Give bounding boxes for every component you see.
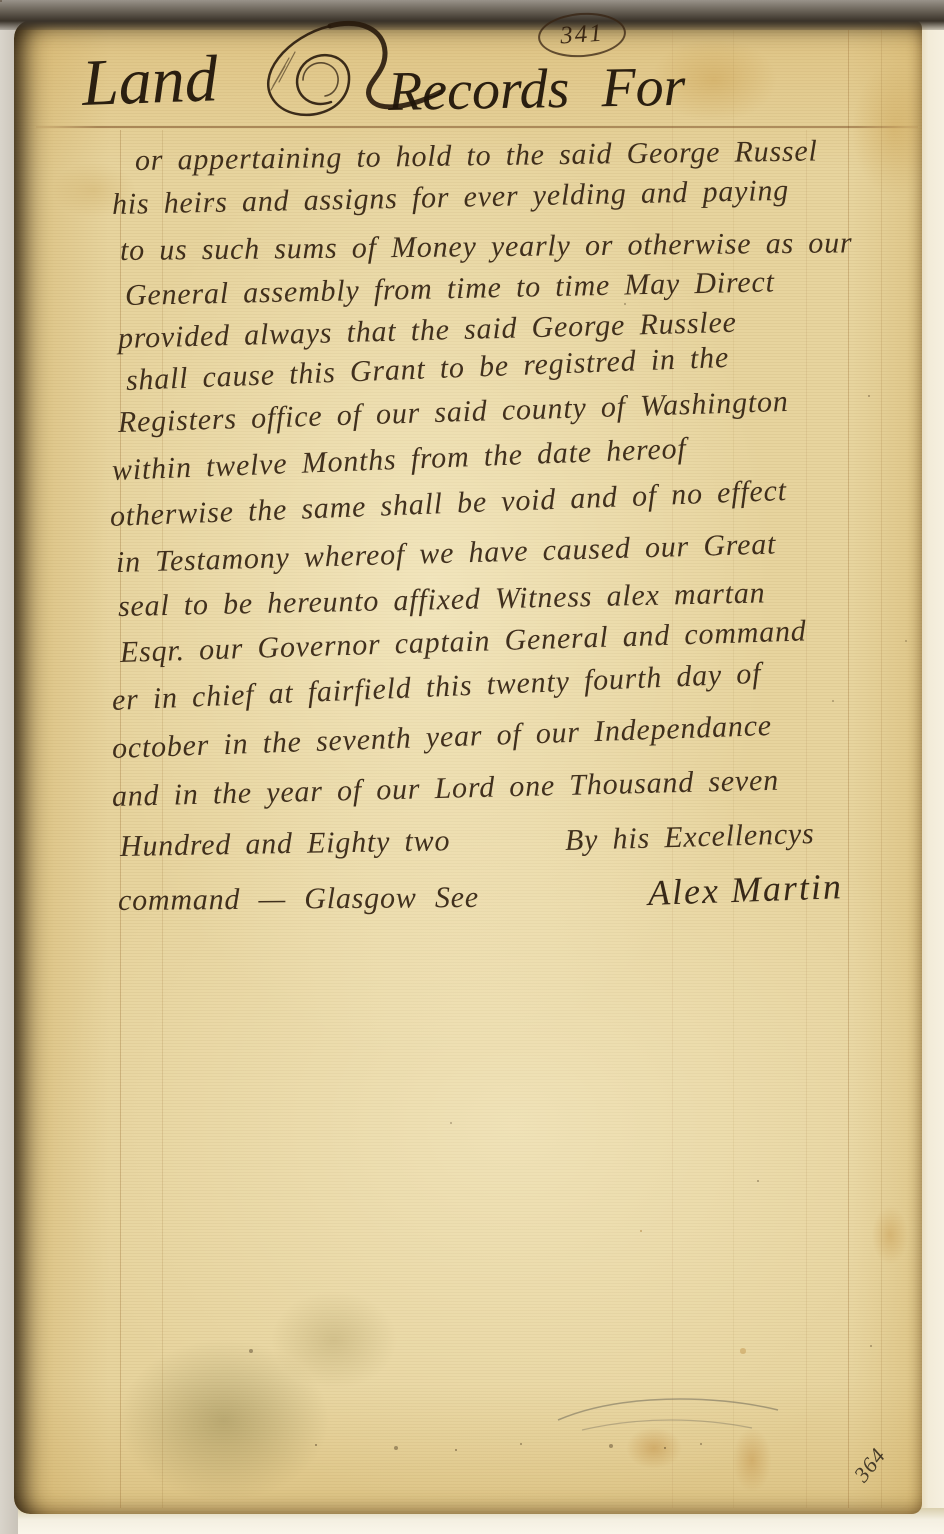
page-title-land: Land <box>81 41 219 122</box>
page-number-top: 341 <box>559 20 604 50</box>
header-rule <box>36 126 918 128</box>
margin-rule-right-outer <box>881 30 882 1508</box>
scan-edge-top <box>0 0 944 30</box>
pencil-mark <box>552 1384 787 1434</box>
manuscript-scan: 341 Land Records For or appertaining to … <box>0 0 944 1534</box>
manuscript-line: command — Glasgow See <box>118 883 479 916</box>
paper-specks <box>0 0 2 2</box>
signature-alex-martin: Alex Martin <box>647 865 843 914</box>
manuscript-line: By his Excellencys <box>565 819 815 856</box>
page-title-records: Records For <box>387 55 686 124</box>
manuscript-line: to us such sums of Money yearly or other… <box>120 228 853 266</box>
manuscript-line: Hundred and Eighty two <box>120 826 451 862</box>
